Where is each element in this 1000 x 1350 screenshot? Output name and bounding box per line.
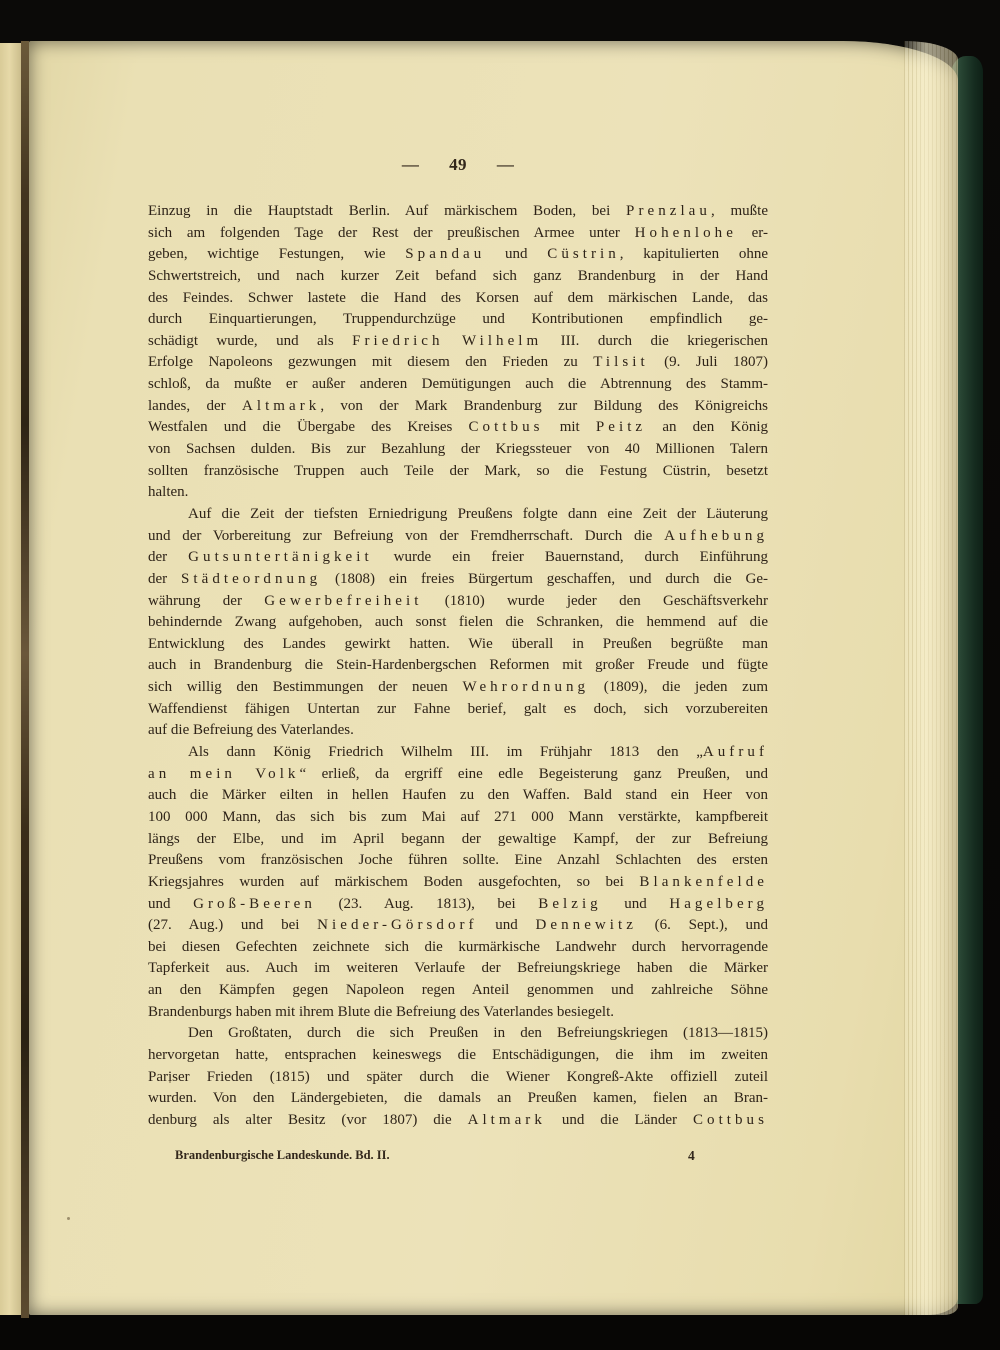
text-line: Auf die Zeit der tiefsten Erniedrigung P… xyxy=(148,504,768,526)
text-line: auch in Brandenburg die Stein-Hardenberg… xyxy=(148,655,768,677)
text-line: 100 000 Mann, das sich bis zum Mai auf 2… xyxy=(148,807,768,829)
text-line: denburg als alter Besitz (vor 1807) die … xyxy=(148,1110,768,1132)
text-line: an mein Volk“ erließ, da ergriff eine ed… xyxy=(148,764,768,786)
text-line: durch Einquartierungen, Truppendurchzüge… xyxy=(148,309,768,331)
text-line: Schwertstreich, und nach kurzer Zeit bef… xyxy=(148,266,768,288)
text-line: bei diesen Gefechten zeichnete sich die … xyxy=(148,937,768,959)
letterspaced-word: Tilsit xyxy=(593,354,648,370)
letterspaced-word: Altmark xyxy=(242,398,320,414)
paper-speck xyxy=(67,1217,70,1220)
body-text: Einzug in die Hauptstadt Berlin. Auf mär… xyxy=(148,201,768,1132)
paragraph-1: Einzug in die Hauptstadt Berlin. Auf mär… xyxy=(148,201,768,504)
letterspaced-word: Cüstrin xyxy=(547,246,620,262)
text-line: Brandenburgs haben mit ihrem Blute die B… xyxy=(148,1002,768,1024)
book-scan: —49— Einzug in die Hauptstadt Berlin. Au… xyxy=(0,0,1000,1350)
text-line: der Städteordnung (1808) ein freies Bürg… xyxy=(148,569,768,591)
text-line: währung der Gewerbefreiheit (1810) wurde… xyxy=(148,591,768,613)
text-line: Einzug in die Hauptstadt Berlin. Auf mär… xyxy=(148,201,768,223)
text-line: auch die Märker eilten in hellen Haufen … xyxy=(148,785,768,807)
text-line: geben, wichtige Festungen, wie Spandau u… xyxy=(148,244,768,266)
text-line: Westfalen und die Übergabe des Kreises C… xyxy=(148,417,768,439)
text-line: Kriegsjahres wurden auf märkischem Boden… xyxy=(148,872,768,894)
text-line: und Groß-Beeren (23. Aug. 1813), bei Bel… xyxy=(148,894,768,916)
letterspaced-word: Altmark xyxy=(468,1112,546,1128)
letterspaced-word: Wehrordnung xyxy=(462,679,589,695)
letterspaced-word: Städteordnung xyxy=(181,571,321,587)
text-line: des Feindes. Schwer lastete die Hand des… xyxy=(148,288,768,310)
letterspaced-word: an mein Volk xyxy=(148,766,299,782)
paragraph-2: Auf die Zeit der tiefsten Erniedrigung P… xyxy=(148,504,768,742)
text-line: auf die Befreiung des Vaterlandes. xyxy=(148,720,768,742)
header-dash-left: — xyxy=(402,155,419,174)
letterspaced-word: Cottbus xyxy=(693,1112,768,1128)
text-line: sollten französische Truppen auch Teile … xyxy=(148,461,768,483)
text-line: und der Vorbereitung zur Befreiung von d… xyxy=(148,526,768,548)
letterspaced-word: Dennewitz xyxy=(536,917,637,933)
book-gutter xyxy=(21,41,29,1318)
text-line: längs der Elbe, und im April begann der … xyxy=(148,829,768,851)
text-line: sich willig den Bestimmungen der neuen W… xyxy=(148,677,768,699)
text-line: schloß, da mußte er außer anderen Demüti… xyxy=(148,374,768,396)
text-line: hervorgetan hatte, entsprachen keinesweg… xyxy=(148,1045,768,1067)
text-line: landes, der Altmark, von der Mark Brande… xyxy=(148,396,768,418)
footer-book-title: Brandenburgische Landeskunde. Bd. II. xyxy=(148,1148,390,1162)
letterspaced-word: Nieder-Görsdorf xyxy=(317,917,477,933)
text-line: Tapferkeit aus. Auch im weiteren Verlauf… xyxy=(148,958,768,980)
text-line: (27. Aug.) und bei Nieder-Görsdorf und D… xyxy=(148,915,768,937)
page-header: —49— xyxy=(148,155,768,175)
text-line: Pariser Frieden (1815) und später durch … xyxy=(148,1067,768,1089)
text-column: —49— Einzug in die Hauptstadt Berlin. Au… xyxy=(148,41,768,1132)
letterspaced-word: Peitz xyxy=(596,419,646,435)
text-line: Den Großtaten, durch die sich Preußen in… xyxy=(148,1023,768,1045)
text-line: Waffendienst fähigen Untertan zur Fahne … xyxy=(148,699,768,721)
text-line: Preußens vom französischen Joche führen … xyxy=(148,850,768,872)
text-line: halten. xyxy=(148,482,768,504)
footer-signature-mark: 4 xyxy=(688,1148,695,1164)
letterspaced-word: Blankenfelde xyxy=(639,874,768,890)
letterspaced-word: Wilhelm xyxy=(462,333,542,349)
text-line: sich am folgenden Tage der Rest der preu… xyxy=(148,223,768,245)
text-line: Entwicklung des Landes gewirkt hatten. W… xyxy=(148,634,768,656)
text-line: schädigt wurde, und als Friedrich Wilhel… xyxy=(148,331,768,353)
letterspaced-word: Prenzlau xyxy=(626,203,711,219)
letterspaced-word: Aufruf xyxy=(703,744,768,760)
text-line: an den Kämpfen gegen Napoleon regen Ante… xyxy=(148,980,768,1002)
text-line: Erfolge Napoleons gezwungen mit diesem d… xyxy=(148,352,768,374)
letterspaced-word: Gutsuntertänigkeit xyxy=(188,549,373,565)
facing-page-edge xyxy=(0,43,21,1315)
page-fore-edge xyxy=(904,41,958,1315)
header-dash-right: — xyxy=(497,155,514,174)
letterspaced-word: Hagelberg xyxy=(669,896,768,912)
text-line: Als dann König Friedrich Wilhelm III. im… xyxy=(148,742,768,764)
text-line: wurden. Von den Ländergebieten, die dama… xyxy=(148,1088,768,1110)
paragraph-4: Den Großtaten, durch die sich Preußen in… xyxy=(148,1023,768,1131)
letterspaced-word: Belzig xyxy=(538,896,601,912)
page-number: 49 xyxy=(449,155,467,174)
text-line: behindernde Zwang aufgehoben, auch sonst… xyxy=(148,612,768,634)
letterspaced-word: Aufhebung xyxy=(664,528,768,544)
page: —49— Einzug in die Hauptstadt Berlin. Au… xyxy=(29,41,958,1315)
page-footer: Brandenburgische Landeskunde. Bd. II. 4 xyxy=(148,1148,768,1170)
letterspaced-word: Cottbus xyxy=(469,419,544,435)
letterspaced-word: Hohenlohe xyxy=(635,225,737,241)
text-line: der Gutsuntertänigkeit wurde ein freier … xyxy=(148,547,768,569)
text-line: von Sachsen dulden. Bis zur Bezahlung de… xyxy=(148,439,768,461)
letterspaced-word: Friedrich xyxy=(352,333,443,349)
letterspaced-word: Groß-Beeren xyxy=(193,896,316,912)
letterspaced-word: Gewerbefreiheit xyxy=(264,593,422,609)
letterspaced-word: Spandau xyxy=(405,246,485,262)
paragraph-3: Als dann König Friedrich Wilhelm III. im… xyxy=(148,742,768,1023)
